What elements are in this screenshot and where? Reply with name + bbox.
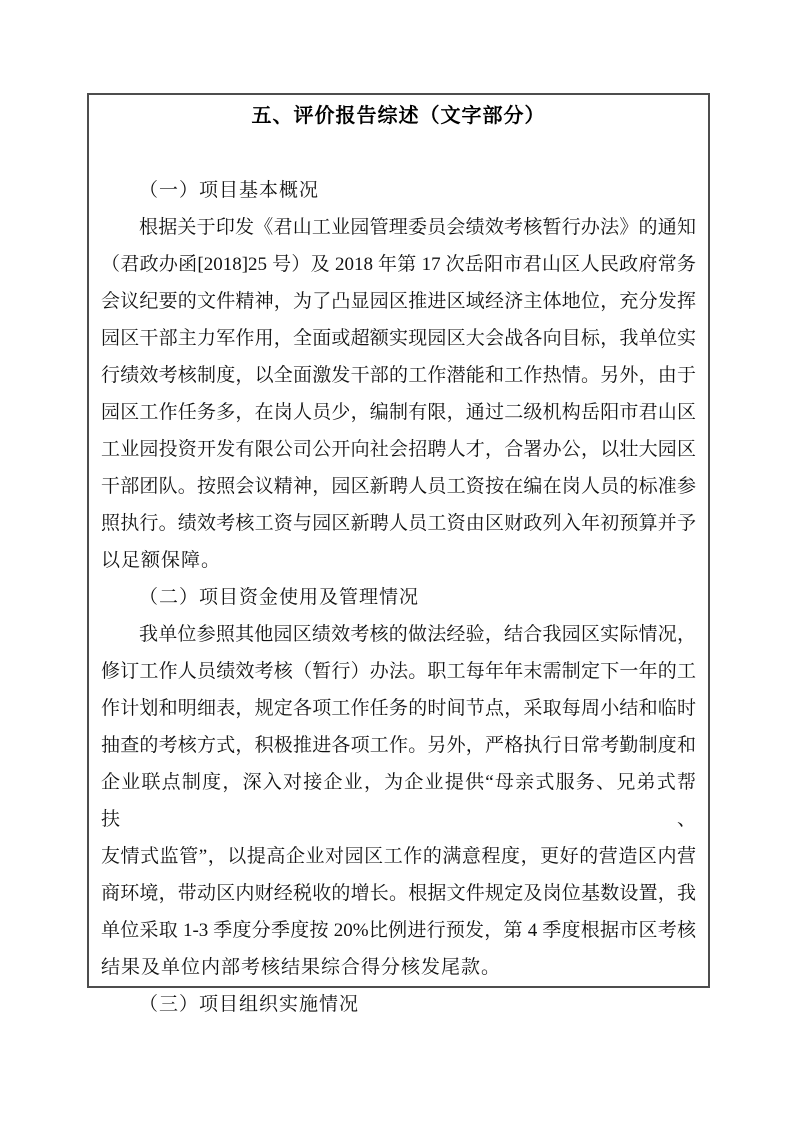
paragraph-line: 以足额保障。 [101, 542, 696, 579]
paragraph-line: （君政办函[2018]25 号）及 2018 年第 17 次岳阳市君山区人民政府… [101, 246, 696, 283]
section-heading-3: （三）项目组织实施情况 [101, 986, 696, 1023]
section-heading-2: （二）项目资金使用及管理情况 [101, 579, 696, 616]
paragraph-line: 行绩效考核制度，以全面激发干部的工作潜能和工作热情。另外，由于 [101, 357, 696, 394]
content-frame: 五、评价报告综述（文字部分） （一）项目基本概况 根据关于印发《君山工业园管理委… [87, 93, 710, 988]
paragraph-line: 干部团队。按照会议精神，园区新聘人员工资按在编在岗人员的标准参 [101, 468, 696, 505]
document-page: 五、评价报告综述（文字部分） （一）项目基本概况 根据关于印发《君山工业园管理委… [0, 0, 793, 1122]
paragraph-line: 园区干部主力军作用，全面或超额实现园区大会战各向目标，我单位实 [101, 320, 696, 357]
paragraph-line: 抽查的考核方式，积极推进各项工作。另外，严格执行日常考勤制度和 [101, 727, 696, 764]
paragraph-line: 结果及单位内部考核结果综合得分核发尾款。 [101, 949, 696, 986]
section-heading-1: （一）项目基本概况 [101, 172, 696, 209]
page-title: 五、评价报告综述（文字部分） [101, 98, 696, 135]
paragraph-line: 工业园投资开发有限公司公开向社会招聘人才，合署办公，以壮大园区 [101, 431, 696, 468]
paragraph-line: 园区工作任务多，在岗人员少，编制有限，通过二级机构岳阳市君山区 [101, 394, 696, 431]
paragraph-line: 企业联点制度，深入对接企业，为企业提供“母亲式服务、兄弟式帮扶、 [101, 764, 696, 838]
paragraph-line: 修订工作人员绩效考核（暂行）办法。职工每年年末需制定下一年的工 [101, 653, 696, 690]
paragraph-line: 商环境，带动区内财经税收的增长。根据文件规定及岗位基数设置，我 [101, 875, 696, 912]
blank-line [101, 135, 696, 172]
paragraph-line: 单位采取 1-3 季度分季度按 20%比例进行预发，第 4 季度根据市区考核 [101, 912, 696, 949]
paragraph-line: 作计划和明细表，规定各项工作任务的时间节点，采取每周小结和临时 [101, 690, 696, 727]
paragraph-line: 我单位参照其他园区绩效考核的做法经验，结合我园区实际情况， [101, 616, 696, 653]
paragraph-line: 友情式监管”，以提高企业对园区工作的满意程度，更好的营造区内营 [101, 838, 696, 875]
paragraph-line: 照执行。绩效考核工资与园区新聘人员工资由区财政列入年初预算并予 [101, 505, 696, 542]
paragraph-line: 会议纪要的文件精神，为了凸显园区推进区域经济主体地位，充分发挥 [101, 283, 696, 320]
paragraph-line: 根据关于印发《君山工业园管理委员会绩效考核暂行办法》的通知 [101, 209, 696, 246]
